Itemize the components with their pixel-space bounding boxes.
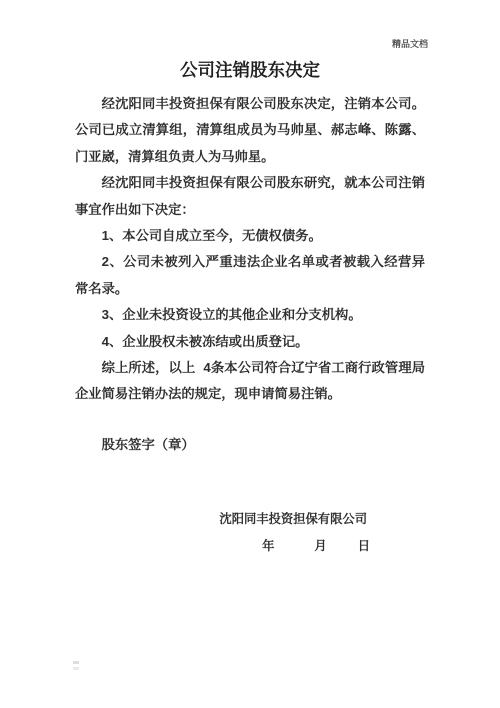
document-body: 经沈阳同丰投资担保有限公司股东决定，注销本公司。公司已成立清算组，清算组成员为马… [75,91,425,555]
document-title: 公司注销股东决定 [0,58,500,83]
shareholder-signature-label: 股东签字（章） [75,432,425,458]
month-label: 月 [314,539,326,553]
company-name: 沈阳同丰投资担保有限公司 [75,510,425,528]
decision-text: 、本公司自成立至今，无债权债务。 [109,228,322,243]
decision-number: 1 [102,228,109,243]
intro-paragraph: 经沈阳同丰投资担保有限公司股东决定，注销本公司。公司已成立清算组，清算组成员为马… [75,91,425,170]
decision-item: 3、企业未投资设立的其他企业和分支机构。 [75,302,425,328]
year-label: 年 [262,539,274,553]
decision-text: 、公司未被列入严重违法企业名单或者被载入经营异常名录。 [75,254,425,295]
decision-text: 、企业未投资设立的其他企业和分支机构。 [109,307,362,322]
corner-watermark-label: 精品文档 [392,37,428,50]
decision-number: 4 [102,334,109,349]
decision-item: 1、本公司自成立至今，无债权债务。 [75,223,425,249]
decision-item: 4、企业股权未被冻结或出质登记。 [75,329,425,355]
day-label: 日 [358,539,370,553]
closing-paragraph: 综上所述，以上4条本公司符合辽宁省工商行政管理局企业简易注销办法的规定，现申请简… [75,355,425,408]
decision-item: 2、公司未被列入严重违法企业名单或者被载入经营异常名录。 [75,249,425,302]
faint-print-artifact [73,661,79,664]
closing-count-number: 4 [203,360,210,375]
decision-text: 、企业股权未被冻结或出质登记。 [109,334,308,349]
closing-prefix: 综上所述，以上 [102,360,196,375]
document-page: 精品文档 公司注销股东决定 经沈阳同丰投资担保有限公司股东决定，注销本公司。公司… [0,0,500,708]
date-line: 年月日 [75,537,425,555]
decision-number: 3 [102,307,109,322]
decision-number: 2 [102,254,109,269]
resolution-paragraph: 经沈阳同丰投资担保有限公司股东研究，就本公司注销事宜作出如下决定： [75,170,425,223]
